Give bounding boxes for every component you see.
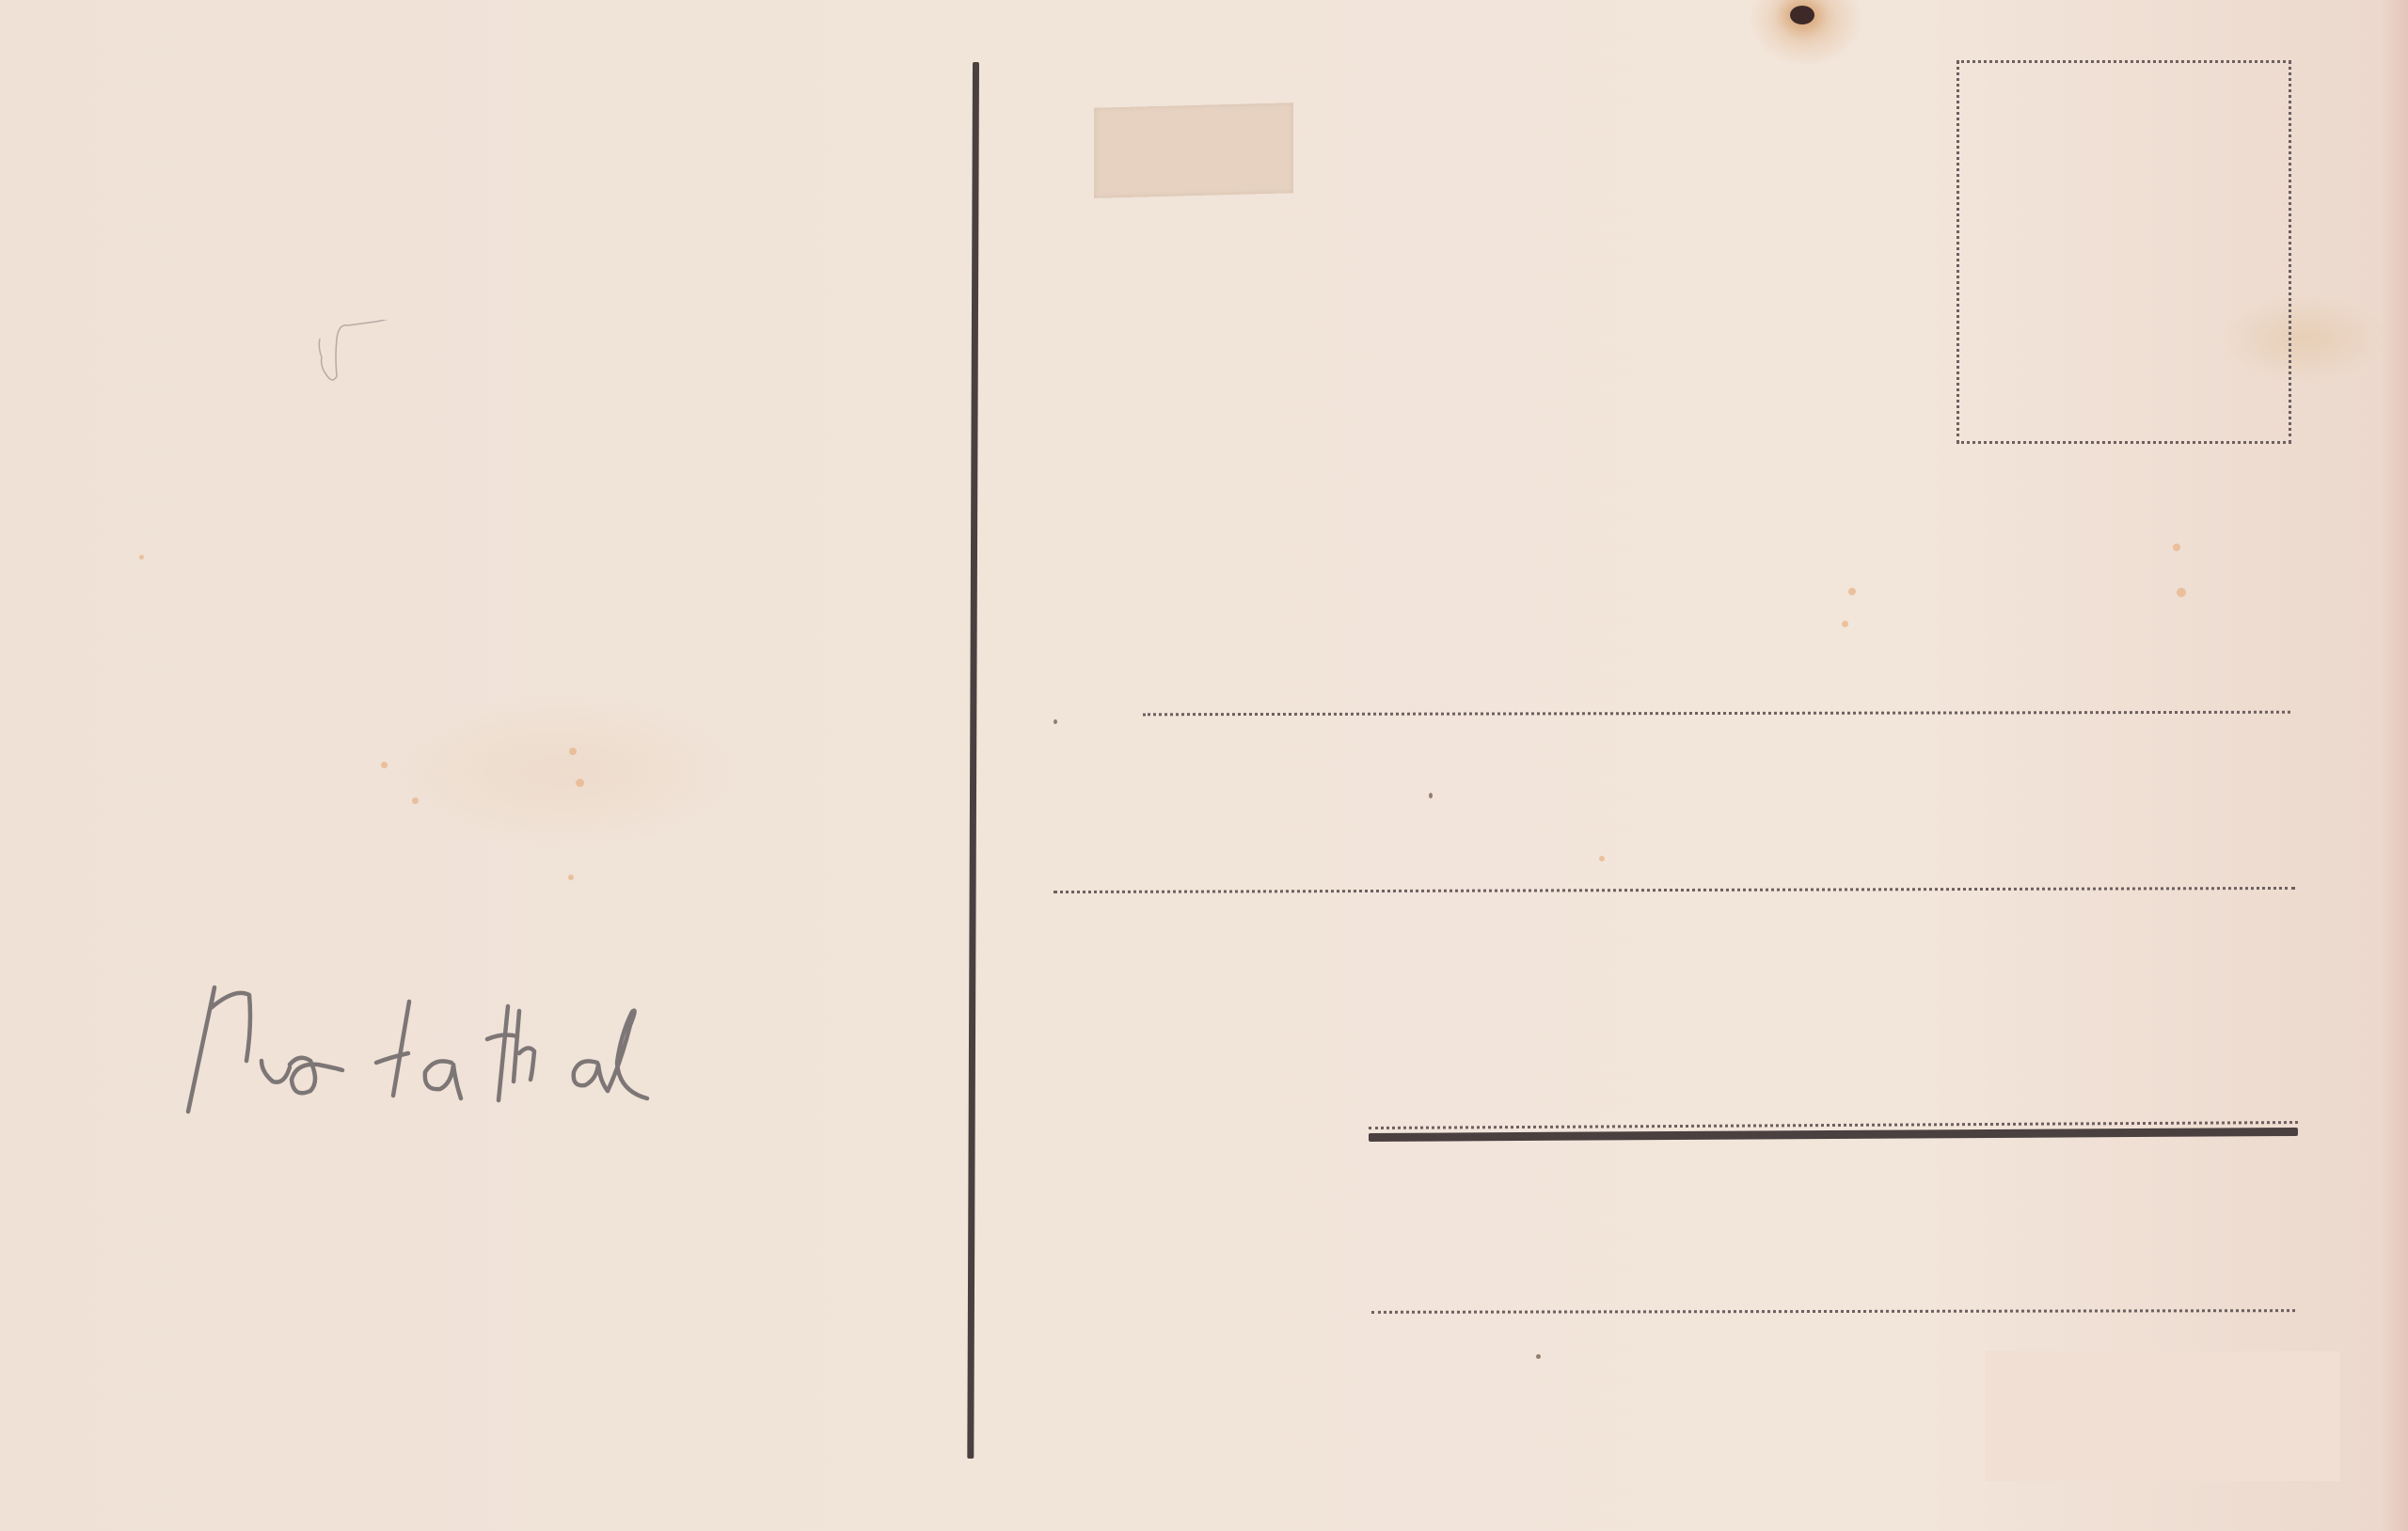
foxing-spot xyxy=(412,797,419,804)
address-line-2 xyxy=(1053,887,2295,893)
postcard-back: Muotathal xyxy=(0,0,2408,1531)
foxing-spot xyxy=(569,748,577,755)
masked-area xyxy=(1985,1351,2340,1481)
foxing-spot xyxy=(381,762,388,768)
ink-speck xyxy=(1429,793,1433,798)
card-edge-shadow xyxy=(2380,0,2408,1531)
faint-pencil-mark xyxy=(310,320,395,395)
foxing-spot xyxy=(2177,588,2186,597)
ink-speck xyxy=(1053,719,1057,724)
foxing-spot xyxy=(1848,588,1856,595)
address-line-3-rule xyxy=(1369,1128,2298,1142)
handwritten-note: Muotathal xyxy=(179,959,856,1119)
foxing-spot xyxy=(1842,621,1848,627)
foxing-spot xyxy=(1599,856,1605,861)
tape-remnant xyxy=(1094,103,1293,198)
burn-mark xyxy=(1790,6,1814,24)
foxing-spot xyxy=(576,779,584,787)
stamp-placement-box xyxy=(1956,60,2291,444)
center-divider-line xyxy=(967,62,979,1459)
handwriting-strokes xyxy=(179,959,856,1119)
address-line-1 xyxy=(1143,711,2290,717)
ink-speck xyxy=(1536,1354,1541,1359)
foxing-spot xyxy=(568,875,574,880)
address-line-4 xyxy=(1371,1309,2295,1314)
foxing-spot xyxy=(2173,544,2180,551)
foxing-spot xyxy=(139,555,144,560)
